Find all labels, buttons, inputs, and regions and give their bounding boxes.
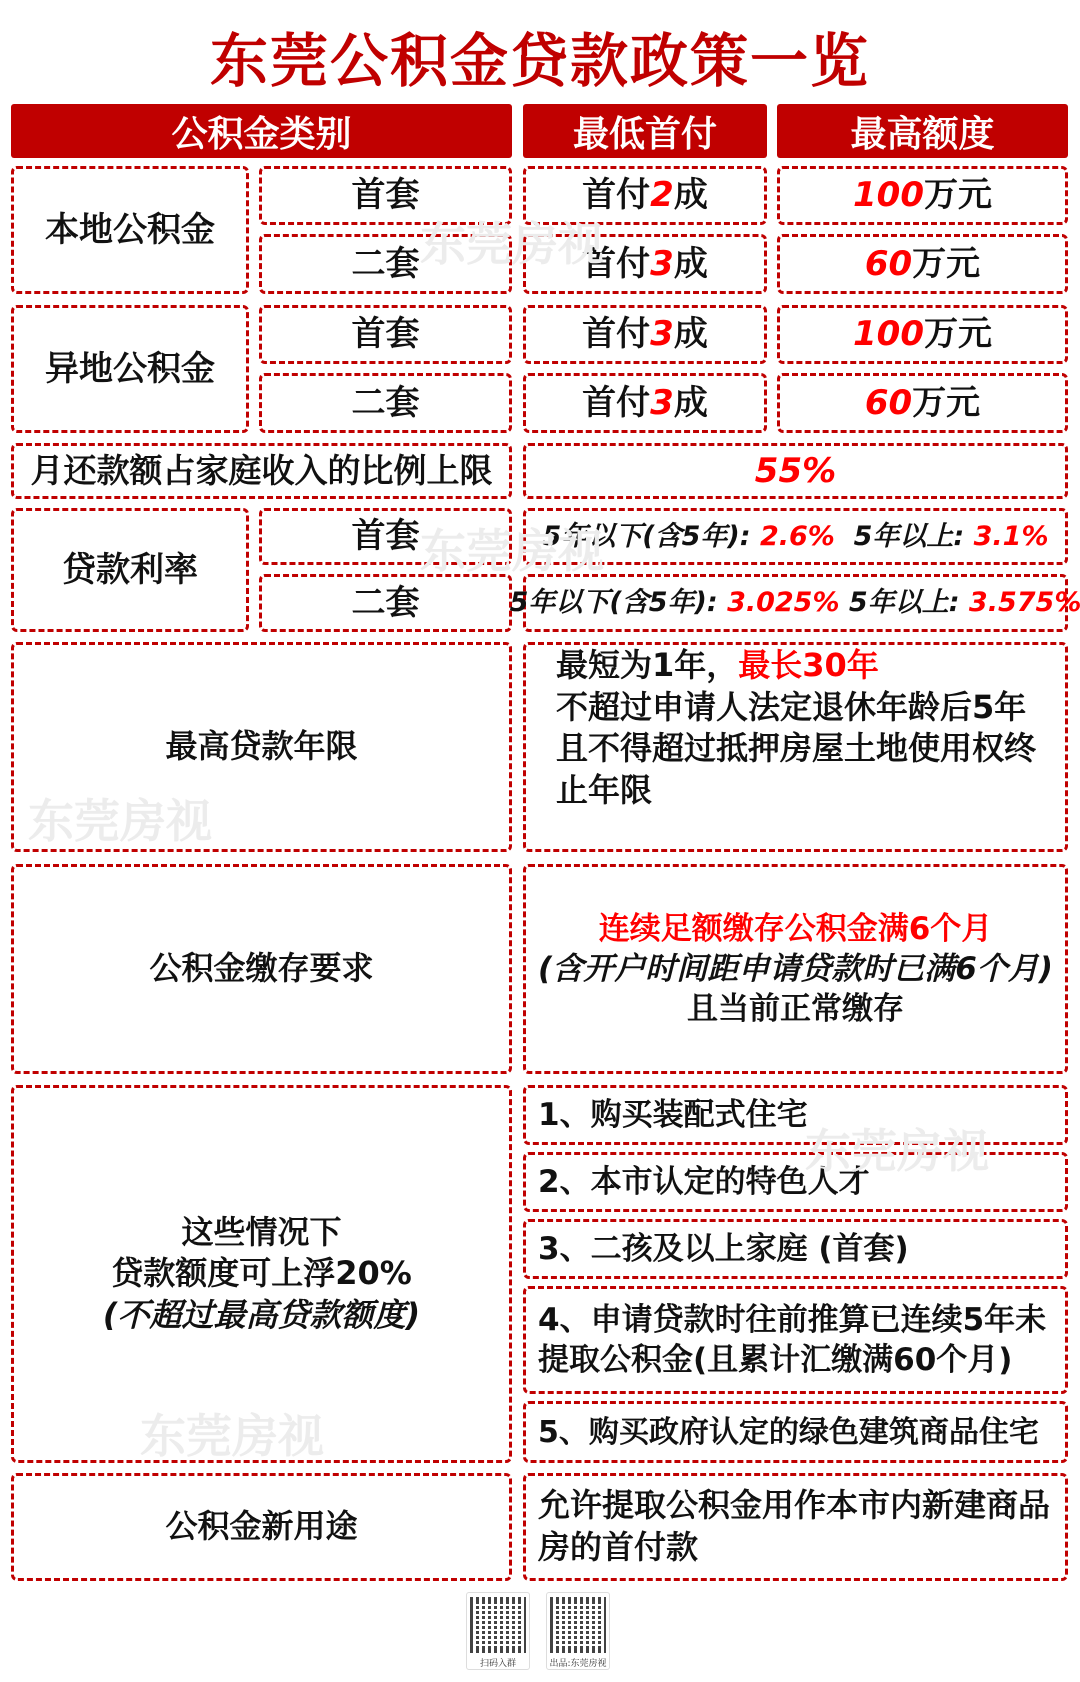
local-second-max-amount: 60万元	[777, 234, 1068, 294]
float-item-4: 4、申请贷款时往前推算已连续5年未提取公积金(且累计汇缴满60个月)	[523, 1286, 1068, 1394]
deposit-line-2: (含开户时间距申请贷款时已满6个月)	[538, 949, 1053, 989]
repayment-ratio-label: 月还款额占家庭收入的比例上限	[11, 443, 512, 499]
header-min-down-payment: 最低首付	[523, 104, 767, 158]
term-line-1: 最短为1年，最长30年	[556, 645, 879, 687]
max-term-label: 最高贷款年限	[11, 642, 512, 852]
new-use-detail: 允许提取公积金用作本市内新建商品房的首付款	[523, 1473, 1068, 1581]
max-term-detail: 最短为1年，最长30年 不超过申请人法定退休年龄后5年 且不得超过抵押房屋土地使…	[523, 642, 1068, 852]
deposit-line-1: 连续足额缴存公积金满6个月	[599, 909, 993, 949]
rate-first-values: 5年以下(含5年): 2.6% 5年以上: 3.1%	[523, 508, 1068, 565]
nonlocal-second-down-payment: 首付3成	[523, 373, 767, 433]
float-item-5: 5、购买政府认定的绿色建筑商品住宅	[523, 1401, 1068, 1463]
float-item-1: 1、购买装配式住宅	[523, 1085, 1068, 1145]
repayment-ratio-value: 55%	[523, 443, 1068, 499]
rate-second-values: 5年以下(含5年): 3.025% 5年以上: 3.575%	[523, 574, 1068, 632]
qr-code-icon	[550, 1597, 606, 1653]
qr-publisher[interactable]: 出品:东莞房视	[546, 1592, 610, 1670]
header-category: 公积金类别	[11, 104, 512, 158]
new-use-label: 公积金新用途	[11, 1473, 512, 1581]
page-title: 东莞公积金贷款政策一览	[0, 14, 1080, 98]
nonlocal-second-home: 二套	[259, 373, 512, 433]
float-item-2: 2、本市认定的特色人才	[523, 1152, 1068, 1212]
local-first-home: 首套	[259, 166, 512, 225]
local-first-max-amount: 100万元	[777, 166, 1068, 225]
qr-join-group[interactable]: 扫码入群	[466, 1592, 530, 1670]
header-max-amount: 最高额度	[777, 104, 1068, 158]
deposit-requirement-detail: 连续足额缴存公积金满6个月 (含开户时间距申请贷款时已满6个月) 且当前正常缴存	[523, 864, 1068, 1074]
nonlocal-first-max-amount: 100万元	[777, 305, 1068, 364]
local-first-down-payment: 首付2成	[523, 166, 767, 225]
local-second-home: 二套	[259, 234, 512, 294]
local-second-down-payment: 首付3成	[523, 234, 767, 294]
qr-code-icon	[470, 1597, 526, 1653]
deposit-line-3: 且当前正常缴存	[687, 989, 904, 1029]
rate-second-home: 二套	[259, 574, 512, 632]
float-condition-label: 这些情况下 贷款额度可上浮20% (不超过最高贷款额度)	[11, 1085, 512, 1463]
nonlocal-fund-label: 异地公积金	[11, 305, 249, 433]
local-fund-label: 本地公积金	[11, 166, 249, 294]
nonlocal-second-max-amount: 60万元	[777, 373, 1068, 433]
float-item-3: 3、二孩及以上家庭 (首套)	[523, 1219, 1068, 1279]
term-line-3: 且不得超过抵押房屋土地使用权终	[556, 728, 1036, 770]
term-line-2: 不超过申请人法定退休年龄后5年	[556, 687, 1026, 729]
rate-first-home: 首套	[259, 508, 512, 565]
loan-rate-label: 贷款利率	[11, 508, 249, 632]
deposit-requirement-label: 公积金缴存要求	[11, 864, 512, 1074]
term-line-4: 止年限	[556, 770, 652, 812]
nonlocal-first-down-payment: 首付3成	[523, 305, 767, 364]
nonlocal-first-home: 首套	[259, 305, 512, 364]
